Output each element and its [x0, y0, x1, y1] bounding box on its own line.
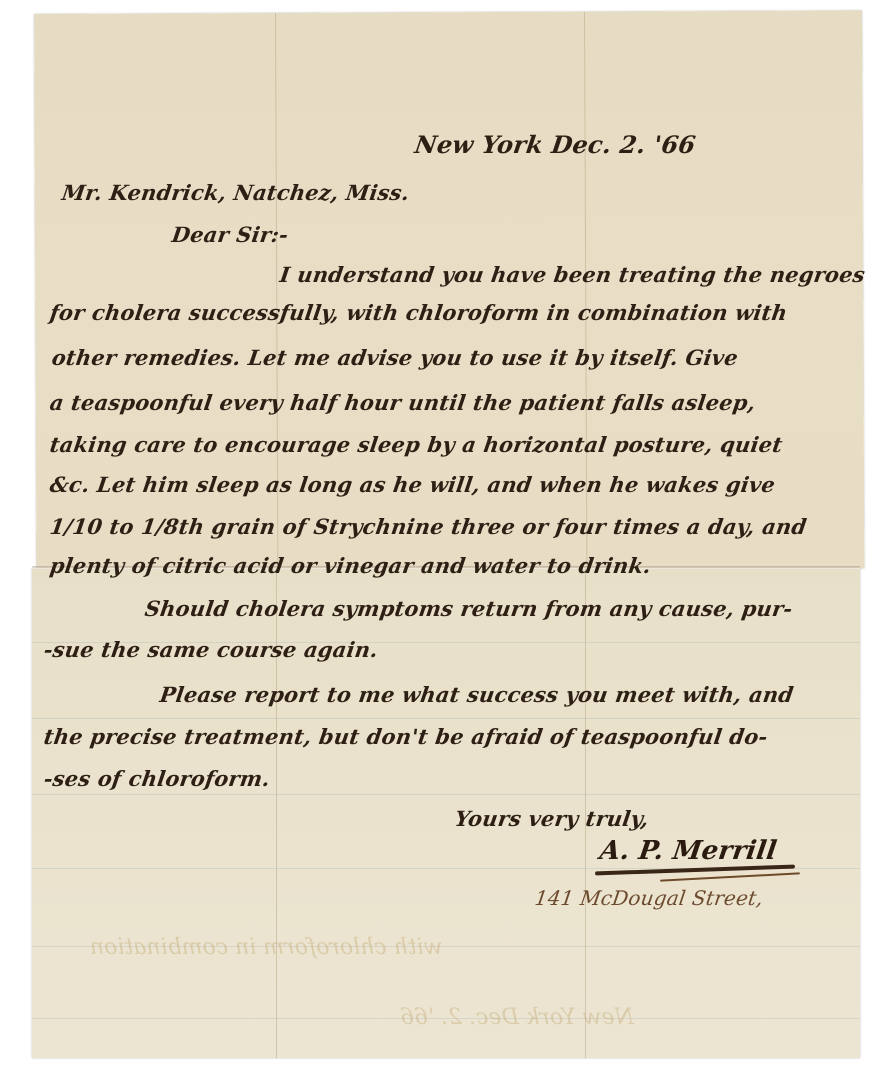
sender-address: 141 McDougal Street,: [533, 886, 764, 910]
body-line: 1/10 to 1/8th grain of Strychnine three …: [48, 514, 808, 539]
body-line: &c. Let him sleep as long as he will, an…: [48, 472, 777, 497]
body-line: other remedies. Let me advise you to use…: [50, 345, 739, 370]
body-line: I understand you have been treating the …: [278, 262, 866, 287]
body-line: plenty of citric acid or vinegar and wat…: [48, 553, 652, 578]
ruled-line: [32, 794, 860, 795]
closing: Yours very truly,: [453, 806, 650, 831]
body-line: -sue the same course again.: [42, 637, 379, 662]
ruled-line: [32, 718, 860, 719]
bleed-through-text: with chloroform in combination: [90, 935, 442, 960]
body-line: Should cholera symptoms return from any …: [143, 596, 794, 621]
letter-photo: with chloroform in combination New York …: [0, 0, 892, 1080]
body-line: for cholera successfully, with chlorofor…: [48, 300, 789, 325]
body-line: Please report to me what success you mee…: [158, 682, 795, 707]
body-line: -ses of chloroform.: [42, 766, 271, 791]
signature: A. P. Merrill: [598, 836, 779, 866]
body-line: a teaspoonful every half hour until the …: [48, 390, 757, 415]
bleed-through-text: New York Dec. 2. '66: [400, 1005, 634, 1030]
recipient: Mr. Kendrick, Natchez, Miss.: [60, 180, 411, 205]
salutation: Dear Sir:-: [170, 222, 290, 247]
body-line: taking care to encourage sleep by a hori…: [48, 432, 784, 457]
body-line: the precise treatment, but don't be afra…: [42, 724, 769, 749]
dateline: New York Dec. 2. '66: [413, 130, 698, 159]
